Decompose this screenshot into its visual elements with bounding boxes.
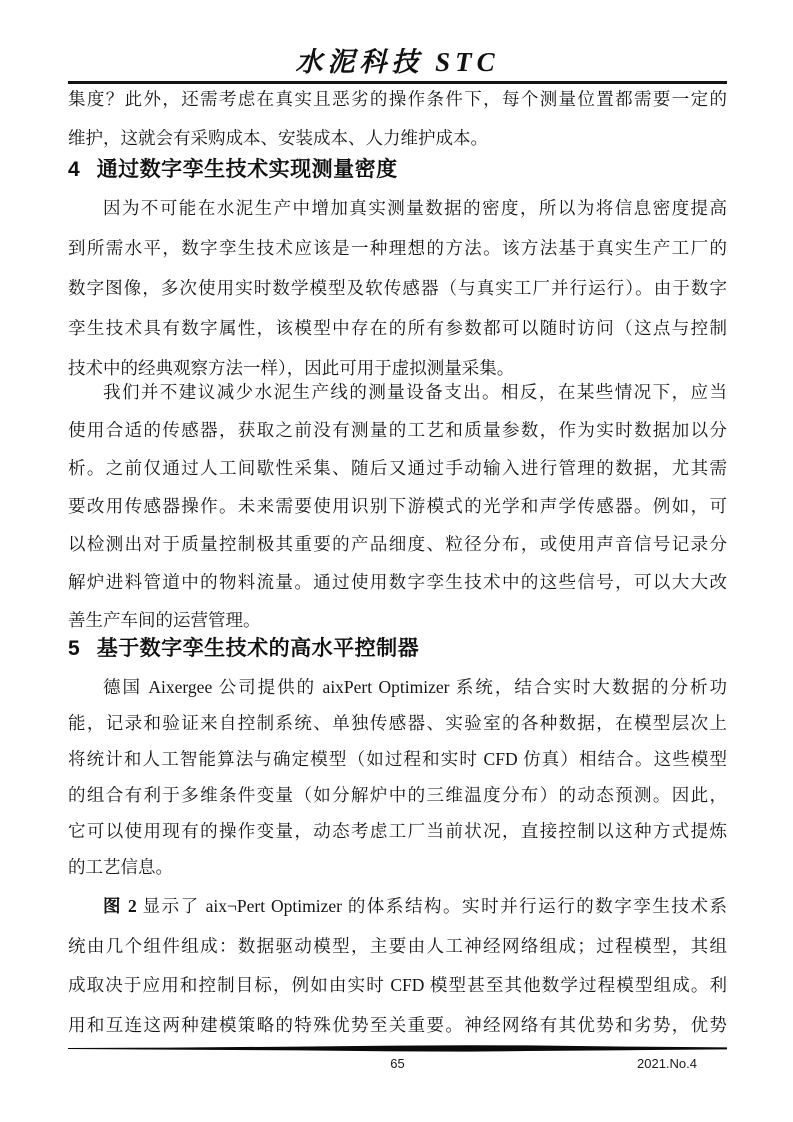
- issue-number: 2021.No.4: [637, 1056, 697, 1071]
- section-5-heading: 5基于数字孪生技术的高水平控制器: [68, 634, 727, 664]
- journal-title: 水泥科技 STC: [68, 40, 727, 74]
- body-line: 的工艺信息。: [68, 849, 727, 885]
- body-line-text: 显示了 aix¬Pert Optimizer 的体系结构。实时并行运行的数字孪生…: [137, 896, 727, 916]
- figure-reference: 图 2: [103, 896, 137, 916]
- body-line: 维护，这就会有采购成本、安装成本、人力维护成本。: [68, 119, 727, 158]
- body-line: 要改用传感器操作。未来需要使用识别下游模式的光学和声学传感器。例如，可: [68, 487, 727, 525]
- body-line: 析。之前仅通过人工间歇性采集、随后又通过手动输入进行管理的数据，尤其需: [68, 449, 727, 487]
- body-line: 用和互连这两种建模策略的特殊优势至关重要。神经网络有其优势和劣势，优势: [68, 1006, 727, 1046]
- body-line: 图 2 显示了 aix¬Pert Optimizer 的体系结构。实时并行运行的…: [68, 887, 727, 927]
- body-line: 我们并不建议减少水泥生产线的测量设备支出。相反，在某些情况下，应当: [68, 373, 727, 411]
- section-number: 4: [68, 155, 80, 185]
- body-line: 它可以使用现有的操作变量，动态考虑工厂当前状况，直接控制以这种方式提炼: [68, 813, 727, 849]
- body-line: 能，记录和验证来自控制系统、单独传感器、实验室的各种数据，在模型层次上: [68, 705, 727, 741]
- section-4-heading: 4通过数字孪生技术实现测量密度: [68, 155, 727, 185]
- paragraph-aixpert-optimizer: 德国 Aixergee 公司提供的 aixPert Optimizer 系统，结…: [68, 669, 727, 885]
- body-line: 使用合适的传感器，获取之前没有测量的工艺和质量参数，作为实时数据加以分: [68, 411, 727, 449]
- footer-rule: [68, 1044, 727, 1053]
- footer: 65: [68, 1056, 727, 1071]
- paragraph-figure-2: 图 2 显示了 aix¬Pert Optimizer 的体系结构。实时并行运行的…: [68, 887, 727, 1045]
- paragraph-measurement-density: 因为不可能在水泥生产中增加真实测量数据的密度，所以为将信息密度提高 到所需水平，…: [68, 188, 727, 388]
- body-line: 孪生技术具有数字属性，该模型中存在的所有参数都可以随时访问（这点与控制: [68, 308, 727, 348]
- section-number: 5: [68, 634, 80, 664]
- body-line: 因为不可能在水泥生产中增加真实测量数据的密度，所以为将信息密度提高: [68, 188, 727, 228]
- body-line: 集度？此外，还需考虑在真实且恶劣的操作条件下，每个测量位置都需要一定的: [68, 80, 727, 119]
- body-line: 数字图像，多次使用实时数学模型及软传感器（与真实工厂并行运行）。由于数字: [68, 268, 727, 308]
- body-line: 统由几个组件组成：数据驱动模型，主要由人工神经网络组成；过程模型，其组: [68, 927, 727, 967]
- body-line: 德国 Aixergee 公司提供的 aixPert Optimizer 系统，结…: [68, 669, 727, 705]
- page-number: 65: [68, 1056, 727, 1071]
- section-title: 通过数字孪生技术实现测量密度: [97, 155, 398, 185]
- section-title: 基于数字孪生技术的高水平控制器: [97, 634, 420, 664]
- body-line: 解炉进料管道中的物料流量。通过使用数字孪生技术中的这些信号，可以大大改: [68, 563, 727, 601]
- body-line: 成取决于应用和控制目标，例如由实时 CFD 模型甚至其他数学过程模型组成。利: [68, 966, 727, 1006]
- paragraph-sensors: 我们并不建议减少水泥生产线的测量设备支出。相反，在某些情况下，应当 使用合适的传…: [68, 373, 727, 639]
- body-line: 的组合有利于多维条件变量（如分解炉中的三维温度分布）的动态预测。因此，: [68, 777, 727, 813]
- body-line: 将统计和人工智能算法与确定模型（如过程和实时 CFD 仿真）相结合。这些模型: [68, 741, 727, 777]
- body-line: 到所需水平，数字孪生技术应该是一种理想的方法。该方法基于真实生产工厂的: [68, 228, 727, 268]
- paragraph-continuation: 集度？此外，还需考虑在真实且恶劣的操作条件下，每个测量位置都需要一定的 维护，这…: [68, 80, 727, 158]
- body-line: 以检测出对于质量控制极其重要的产品细度、粒径分布，或使用声音信号记录分: [68, 525, 727, 563]
